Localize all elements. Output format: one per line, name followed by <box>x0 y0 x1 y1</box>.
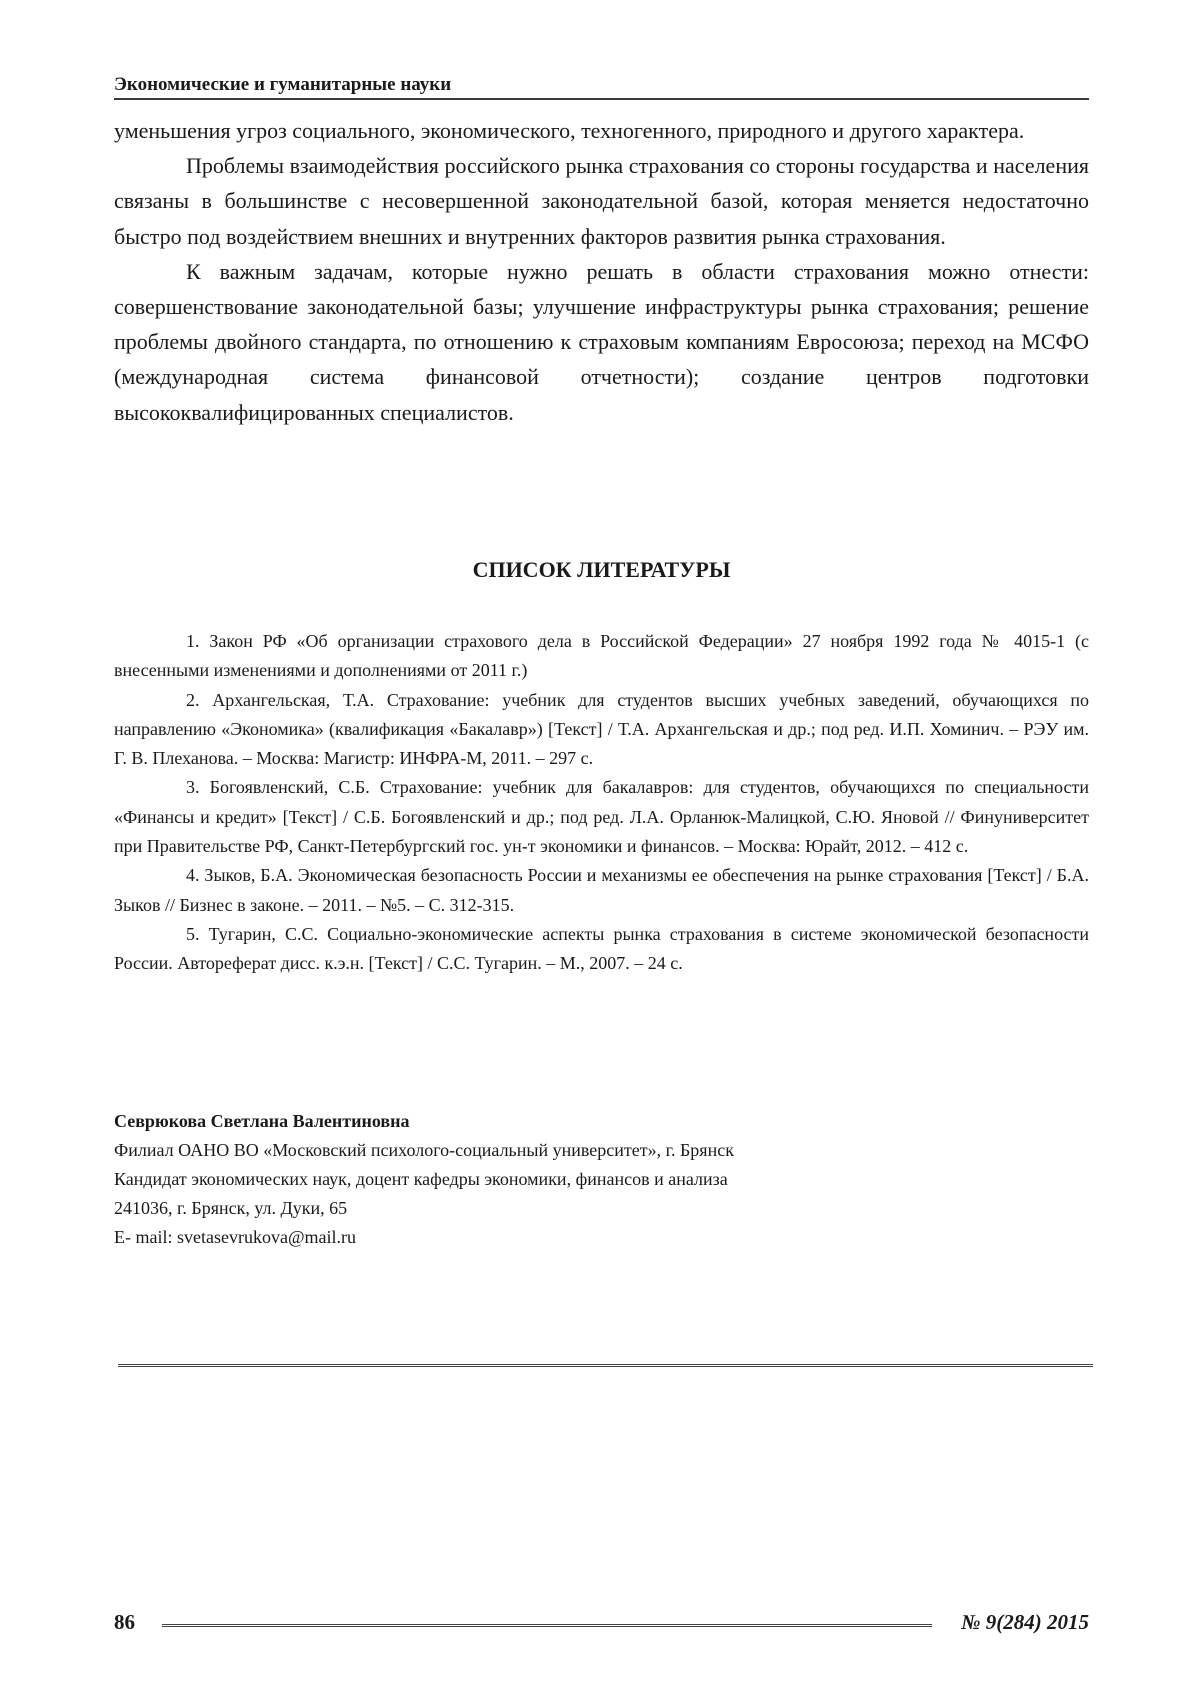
author-email: E- mail: svetasevrukova@mail.ru <box>114 1223 1014 1252</box>
running-header: Экономические и гуманитарные науки <box>114 74 1089 100</box>
author-info: Севрюкова Светлана Валентиновна Филиал О… <box>114 1107 1014 1252</box>
author-position: Кандидат экономических наук, доцент кафе… <box>114 1165 1014 1194</box>
reference-item: 1. Закон РФ «Об организации страхового д… <box>114 627 1089 686</box>
body-text: уменьшения угроз социального, экономичес… <box>114 113 1089 430</box>
body-paragraph: К важным задачам, которые нужно решать в… <box>114 254 1089 430</box>
reference-item: 3. Богоявленский, С.Б. Страхование: учеб… <box>114 773 1089 861</box>
reference-item: 4. Зыков, Б.А. Экономическая безопасност… <box>114 861 1089 920</box>
body-paragraph: Проблемы взаимодействия российского рынк… <box>114 148 1089 254</box>
page-number: 86 <box>114 1608 135 1636</box>
body-paragraph: уменьшения угроз социального, экономичес… <box>114 113 1089 148</box>
reference-item: 2. Архангельская, Т.А. Страхование: учеб… <box>114 686 1089 774</box>
author-affiliation: Филиал ОАНО ВО «Московский психолого-соц… <box>114 1136 1014 1165</box>
issue-number: № 9(284) 2015 <box>961 1608 1089 1636</box>
reference-item: 5. Тугарин, С.С. Социально-экономические… <box>114 920 1089 979</box>
section-divider <box>118 1364 1093 1367</box>
footer-rule <box>162 1624 932 1627</box>
references-title: СПИСОК ЛИТЕРАТУРЫ <box>114 557 1089 583</box>
page-footer: 86 № 9(284) 2015 <box>114 1608 1089 1636</box>
author-name: Севрюкова Светлана Валентиновна <box>114 1107 1014 1136</box>
author-address: 241036, г. Брянск, ул. Дуки, 65 <box>114 1194 1014 1223</box>
references-list: 1. Закон РФ «Об организации страхового д… <box>114 627 1089 979</box>
